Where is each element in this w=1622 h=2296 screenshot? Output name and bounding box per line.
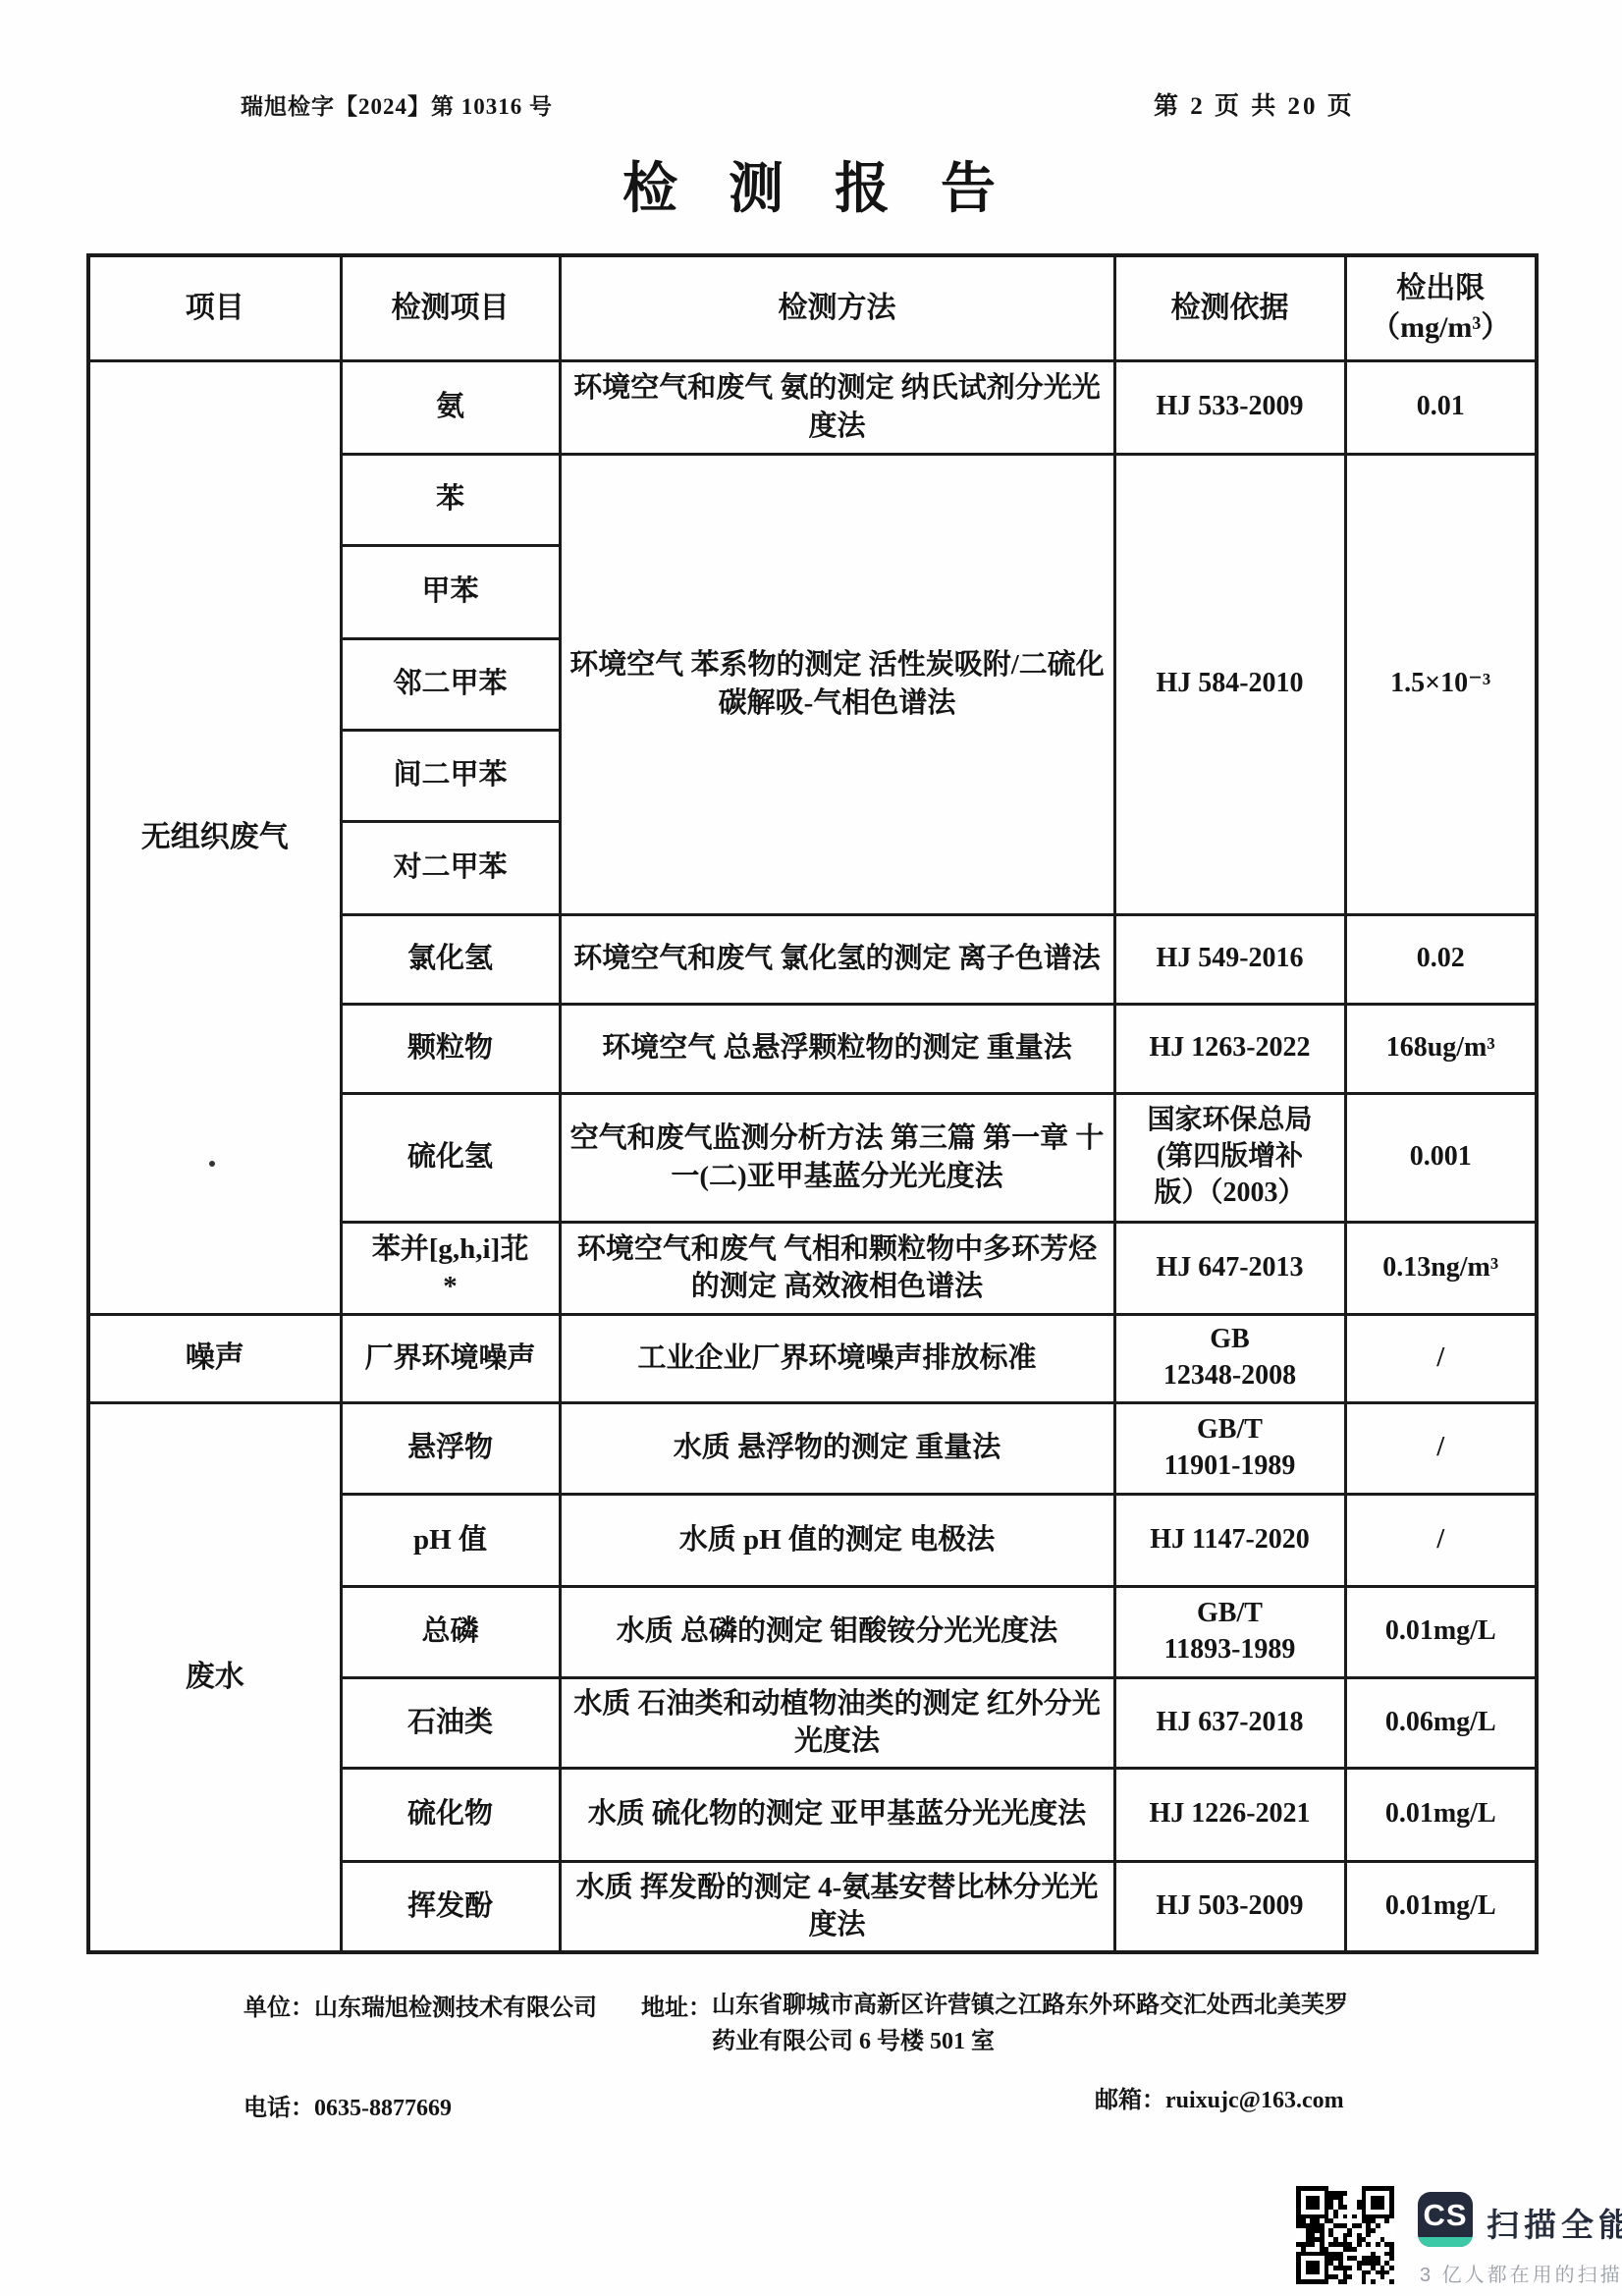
cell-limit: / (1345, 1402, 1537, 1494)
table-header-row: 项目 检测项目 检测方法 检测依据 检出限 （mg/m³） (88, 255, 1537, 360)
cell-basis: HJ 647-2013 (1114, 1222, 1345, 1314)
cell-basis: HJ 503-2009 (1114, 1861, 1345, 1952)
camscanner-logo-strip (1418, 2237, 1473, 2247)
cell-limit: 0.13ng/m³ (1345, 1222, 1537, 1314)
page-title: 检 测 报 告 (0, 145, 1622, 224)
company-address: 地址： 山东省聊城市高新区许营镇之江路东外环路交汇处西北美芙罗 药业有限公司 6… (641, 1988, 1438, 2060)
camscanner-watermark: CS 扫描全能王 3 亿人都在用的扫描App (1294, 2182, 1618, 2292)
cell-item: pH 值 (341, 1494, 560, 1586)
cell-item: 苯 (341, 454, 560, 545)
cell-item: 石油类 (341, 1677, 560, 1768)
cell-item: 间二甲苯 (341, 730, 560, 821)
cell-basis: 国家环保总局 (第四版增补 版）（2003） (1114, 1093, 1345, 1222)
cell-method: 环境空气和废气 气相和颗粒物中多环芳烃的测定 高效液相色谱法 (560, 1222, 1114, 1314)
col-header-item: 检测项目 (341, 255, 560, 360)
camscanner-logo-text: CS (1418, 2193, 1473, 2238)
cell-item: 苯并[g,h,i]苝 * (341, 1222, 560, 1314)
cell-basis: HJ 637-2018 (1114, 1677, 1345, 1768)
table-row: 废水 悬浮物 水质 悬浮物的测定 重量法 GB/T 11901-1989 / (88, 1402, 1537, 1494)
cell-item: 甲苯 (341, 545, 560, 638)
unit-label: 单位： (243, 1995, 314, 2021)
cell-basis: GB 12348-2008 (1114, 1314, 1345, 1402)
cell-limit: 0.001 (1345, 1093, 1537, 1222)
camscanner-tagline: 3 亿人都在用的扫描App (1420, 2259, 1622, 2287)
cell-item: 厂界环境噪声 (341, 1314, 560, 1402)
cell-basis: HJ 1147-2020 (1114, 1494, 1345, 1586)
cell-basis: HJ 533-2009 (1114, 360, 1345, 454)
col-header-limit: 检出限 （mg/m³） (1345, 255, 1537, 360)
cell-basis: HJ 1226-2021 (1114, 1768, 1345, 1861)
cell-method: 空气和废气监测分析方法 第三篇 第一章 十一(二)亚甲基蓝分光光度法 (560, 1093, 1114, 1222)
cell-limit: 168ug/m³ (1345, 1004, 1537, 1093)
cell-basis: HJ 1263-2022 (1114, 1004, 1345, 1093)
footer: 单位：山东瑞旭检测技术有限公司 地址： 山东省聊城市高新区许营镇之江路东外环路交… (86, 1970, 1536, 2147)
cell-item: 颗粒物 (341, 1004, 560, 1093)
cell-method: 工业企业厂界环境噪声排放标准 (560, 1314, 1114, 1402)
cell-method: 环境空气和废气 氨的测定 纳氏试剂分光光度法 (560, 360, 1114, 454)
address-label: 地址： (641, 1988, 712, 2022)
col-header-method: 检测方法 (560, 255, 1114, 360)
col-header-basis: 检测依据 (1114, 255, 1345, 360)
cell-limit: 0.01mg/L (1345, 1861, 1537, 1952)
company-email: 邮箱：ruixujc@163.com (1095, 2080, 1344, 2114)
cell-item: 邻二甲苯 (341, 638, 560, 730)
doc-number: 瑞旭检字【2024】第 10316 号 (241, 88, 553, 121)
cell-method: 水质 硫化物的测定 亚甲基蓝分光光度法 (560, 1768, 1114, 1861)
cell-group-fugitive-gas: 无组织废气 (88, 360, 341, 1314)
camscanner-app-name: 扫描全能王 (1487, 2200, 1622, 2246)
cell-limit: 0.06mg/L (1345, 1677, 1537, 1768)
email-value: ruixujc@163.com (1165, 2088, 1344, 2113)
cell-limit: 0.01mg/L (1345, 1586, 1537, 1677)
cell-item: 悬浮物 (341, 1402, 560, 1494)
cell-limit: 0.01 (1345, 360, 1537, 454)
cell-basis: GB/T 11901-1989 (1114, 1402, 1345, 1494)
qr-code (1296, 2186, 1394, 2284)
cell-method: 环境空气 总悬浮颗粒物的测定 重量法 (560, 1004, 1114, 1093)
cell-item: 对二甲苯 (341, 821, 560, 914)
cell-method: 水质 总磷的测定 钼酸铵分光光度法 (560, 1586, 1114, 1677)
cell-item: 硫化物 (341, 1768, 560, 1861)
scan-speck (209, 1161, 215, 1167)
cell-method: 环境空气和废气 氯化氢的测定 离子色谱法 (560, 914, 1114, 1004)
report-table: 项目 检测项目 检测方法 检测依据 检出限 （mg/m³） 无组织废气 氨 环境… (86, 253, 1539, 1954)
report-page: 瑞旭检字【2024】第 10316 号 第 2 页 共 20 页 检 测 报 告… (0, 0, 1622, 2296)
cell-method: 水质 悬浮物的测定 重量法 (560, 1402, 1114, 1494)
cell-limit: 0.02 (1345, 914, 1537, 1004)
cell-limit: 1.5×10⁻³ (1345, 454, 1537, 914)
cell-group-noise: 噪声 (88, 1314, 341, 1402)
email-label: 邮箱： (1095, 2088, 1165, 2113)
company-phone: 电话：0635-8877669 (243, 2088, 452, 2122)
cell-item: 氨 (341, 360, 560, 454)
address-value: 山东省聊城市高新区许营镇之江路东外环路交汇处西北美芙罗 药业有限公司 6 号楼 … (712, 1988, 1438, 2060)
cell-basis: GB/T 11893-1989 (1114, 1586, 1345, 1677)
phone-label: 电话： (243, 2096, 314, 2121)
cell-item: 氯化氢 (341, 914, 560, 1004)
cell-item: 挥发酚 (341, 1861, 560, 1952)
cell-basis: HJ 549-2016 (1114, 914, 1345, 1004)
company-name: 单位：山东瑞旭检测技术有限公司 (243, 1988, 597, 2022)
cell-method: 水质 挥发酚的测定 4-氨基安替比林分光光度法 (560, 1861, 1114, 1952)
page-indicator: 第 2 页 共 20 页 (1154, 86, 1355, 122)
cell-item: 硫化氢 (341, 1093, 560, 1222)
table-row: 噪声 厂界环境噪声 工业企业厂界环境噪声排放标准 GB 12348-2008 / (88, 1314, 1537, 1402)
cell-basis: HJ 584-2010 (1114, 454, 1345, 914)
cell-group-wastewater: 废水 (88, 1402, 341, 1952)
unit-value: 山东瑞旭检测技术有限公司 (314, 1995, 597, 2021)
cell-method: 水质 石油类和动植物油类的测定 红外分光光度法 (560, 1677, 1114, 1768)
table-row: 无组织废气 氨 环境空气和废气 氨的测定 纳氏试剂分光光度法 HJ 533-20… (88, 360, 1537, 454)
cell-limit: / (1345, 1314, 1537, 1402)
cell-method: 水质 pH 值的测定 电极法 (560, 1494, 1114, 1586)
cell-limit: / (1345, 1494, 1537, 1586)
phone-value: 0635-8877669 (314, 2096, 452, 2121)
cell-method: 环境空气 苯系物的测定 活性炭吸附/二硫化碳解吸-气相色谱法 (560, 454, 1114, 914)
camscanner-logo-icon: CS (1418, 2192, 1473, 2247)
cell-item: 总磷 (341, 1586, 560, 1677)
col-header-project: 项目 (88, 255, 341, 360)
cell-limit: 0.01mg/L (1345, 1768, 1537, 1861)
